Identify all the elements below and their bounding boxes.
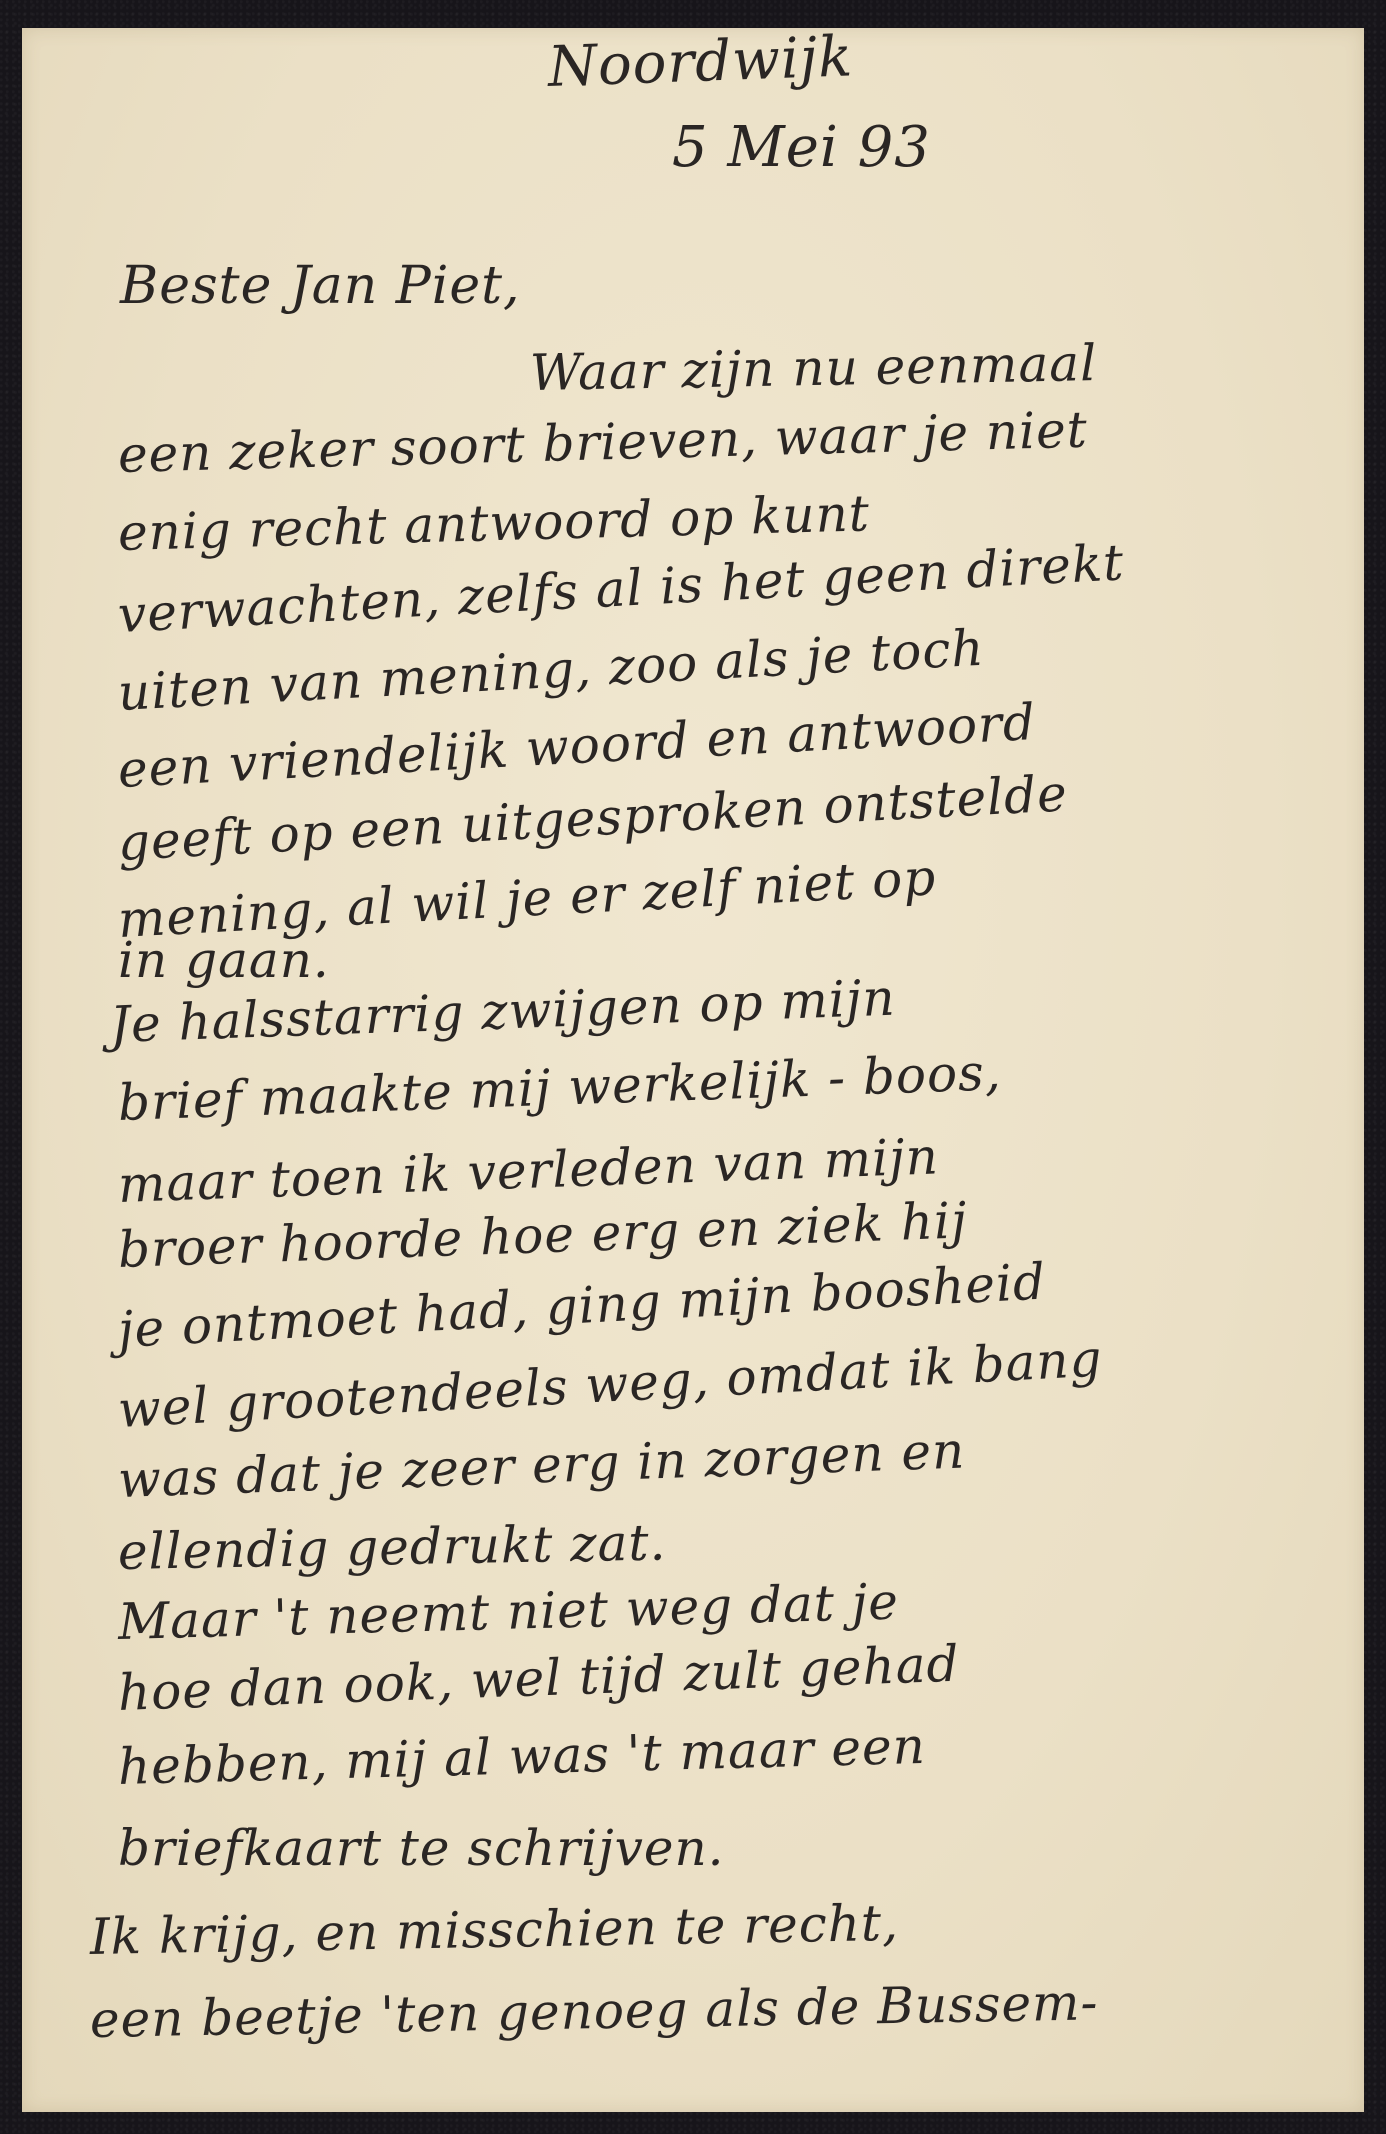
letter-place: Noordwijk bbox=[547, 29, 854, 96]
letter-line: Waar zijn nu eenmaal bbox=[530, 338, 1098, 398]
letter-date: 5 Mei 93 bbox=[672, 120, 931, 176]
letter-line: in gaan. bbox=[118, 935, 330, 985]
letter-salutation: Beste Jan Piet, bbox=[120, 260, 521, 312]
letter-line: Ik krijg, en misschien te recht, bbox=[90, 1898, 900, 1962]
letter-line: ellendig gedrukt zat. bbox=[118, 1517, 667, 1577]
letter-line: briefkaart te schrijven. bbox=[118, 1823, 725, 1873]
